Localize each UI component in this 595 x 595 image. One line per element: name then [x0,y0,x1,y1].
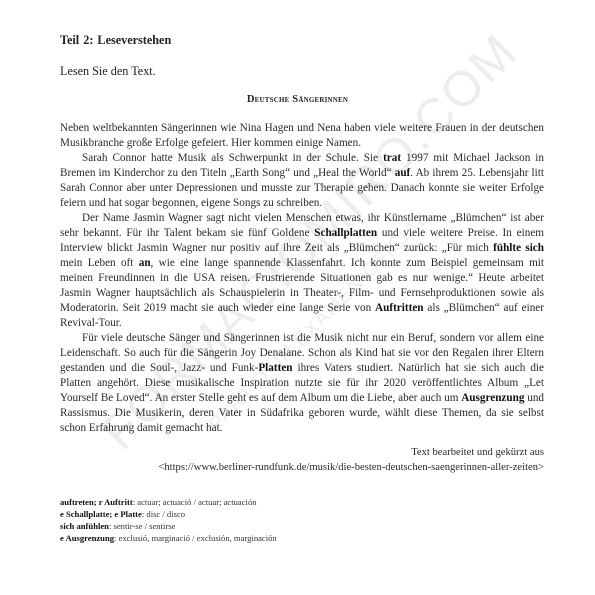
source-note: Text bearbeitet und gekürzt aus [158,445,544,460]
highlighted-word: Ausgrenzung [461,392,524,404]
paragraph-sarah-connor: Sarah Connor hatte Musik als Schwerpunkt… [60,151,544,211]
article-body: Neben weltbekannten Sängerinnen wie Nina… [60,121,544,436]
highlighted-word: Platten [258,362,292,374]
article-title: Deutsche Sängerinnen [0,94,595,105]
instruction-text: Lesen Sie den Text. [60,64,156,79]
highlighted-word: Schallplatten [314,227,377,239]
paragraph-joy-denalane: Für viele deutsche Sänger und Sängerinne… [60,331,544,436]
highlighted-word: auf [395,167,411,179]
glossary-item: e Ausgrenzung: exclusió, marginació / ex… [60,532,277,544]
highlighted-word: trat [383,152,401,164]
highlighted-word: fühlte sich [493,242,544,254]
glossary-term: e Schallplatte; e Platte [60,509,142,519]
glossary-item: sich anfühlen: sentir-se / sentirse [60,520,277,532]
part-title: Teil 2: Leseverstehen [60,33,171,48]
glossary-translation: : sentir-se / sentirse [109,521,175,531]
highlighted-word: an [139,257,151,269]
glossary-translation: : actuar; actuació / actuar; actuación [133,497,257,507]
glossary-term: sich anfühlen [60,521,109,531]
glossary-term: auftreten; r Auftritt [60,497,133,507]
highlighted-word: Auftritten [375,302,423,314]
glossary-item: auftreten; r Auftritt: actuar; actuació … [60,496,277,508]
glossary-item: e Schallplatte; e Platte: disc / disco [60,508,277,520]
glossary: auftreten; r Auftritt: actuar; actuació … [60,496,277,544]
source-citation: Text bearbeitet und gekürzt aus <https:/… [158,445,544,475]
source-url: <https://www.berliner-rundfunk.de/musik/… [158,460,544,475]
glossary-translation: : exclusió, marginació / exclusión, marg… [114,533,277,543]
glossary-translation: : disc / disco [142,509,185,519]
glossary-term: e Ausgrenzung [60,533,114,543]
exam-page: Teil 2: Leseverstehen Lesen Sie den Text… [0,0,595,595]
paragraph-intro: Neben weltbekannten Sängerinnen wie Nina… [60,121,544,151]
paragraph-jasmin-wagner: Der Name Jasmin Wagner sagt nicht vielen… [60,211,544,331]
